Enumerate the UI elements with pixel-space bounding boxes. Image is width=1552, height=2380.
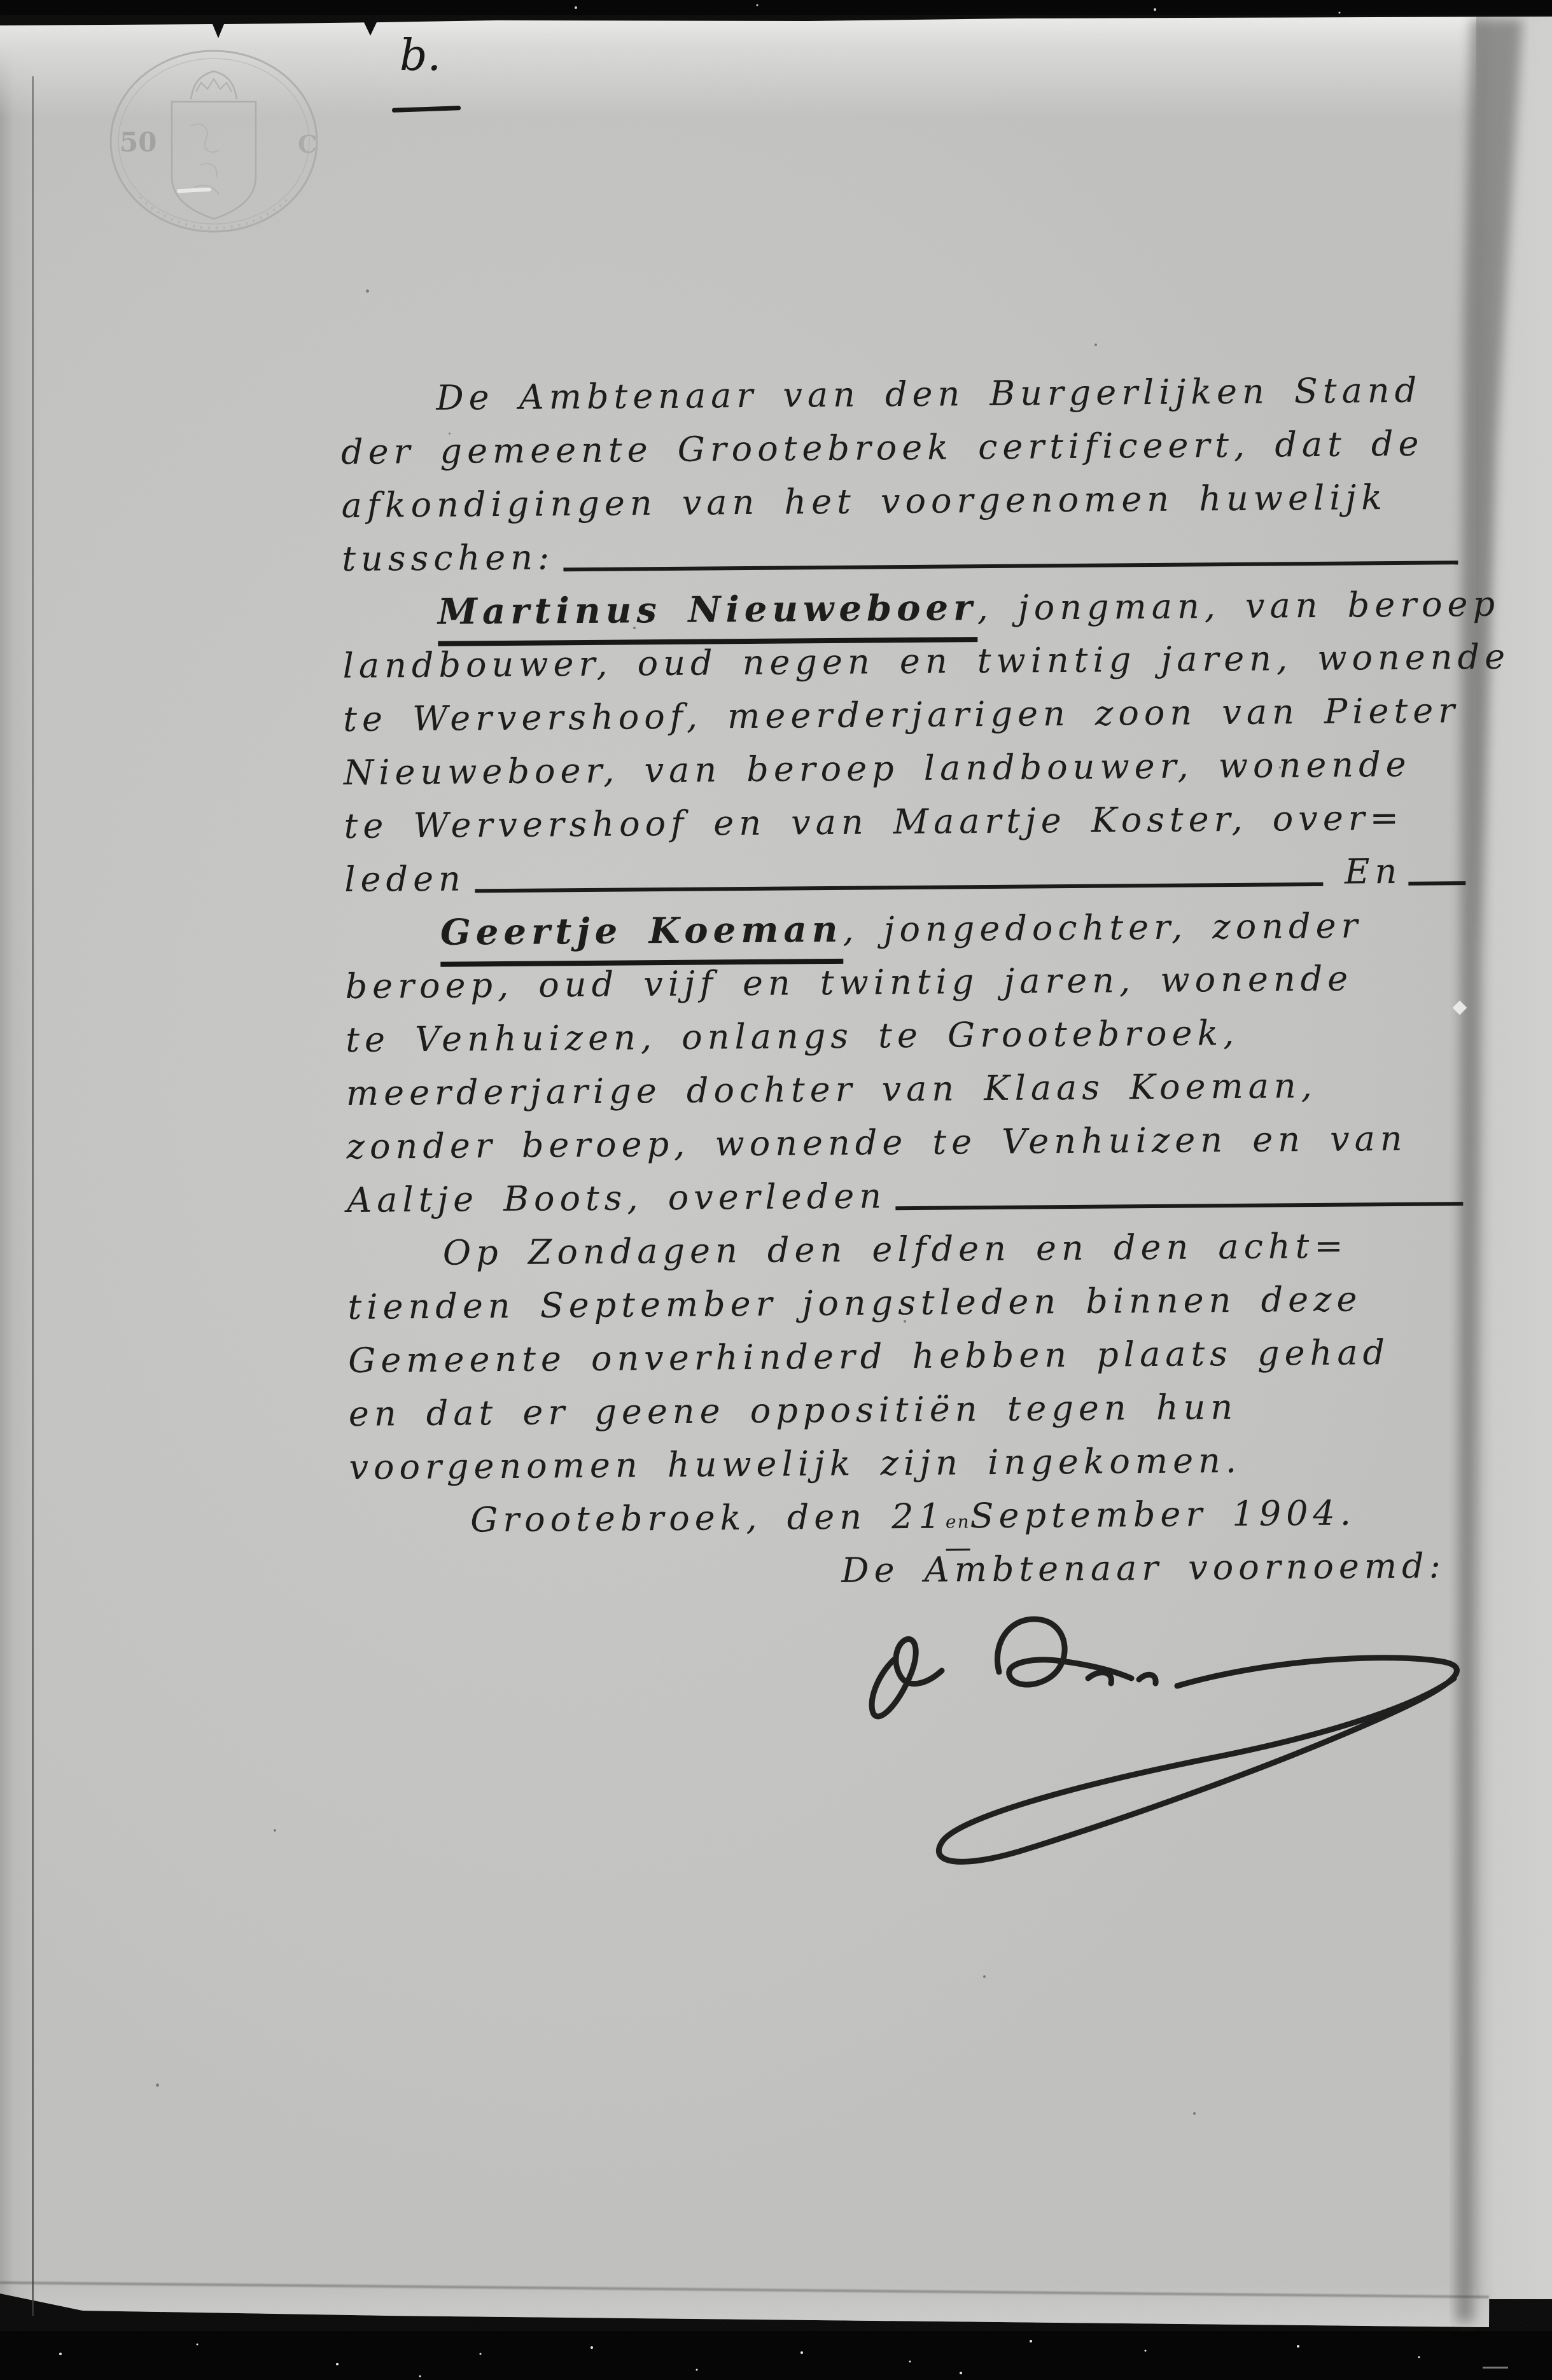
seal-unit: C <box>298 130 317 158</box>
text-line: tusschen: <box>342 524 1464 586</box>
text-line: Martinus Nieuweboer, jongman, van beroep <box>342 577 1464 639</box>
line-text: beroep, oud vijf en twintig jaren, wonen… <box>345 952 1353 1013</box>
line-text: Nieuweboer, van beroep landbouwer, wonen… <box>344 738 1411 800</box>
blank-rule <box>475 882 1323 893</box>
line-text: De Ambtenaar van den Burgerlijken Stand <box>436 364 1422 425</box>
text-line: Geertje Koeman, jongedochter, zonder <box>345 898 1467 960</box>
text-line: voorgenomen huwelijk zijn ingekomen. <box>349 1432 1471 1494</box>
line-text: Aaltje Boots, overleden <box>347 1169 886 1227</box>
text-line: te Wervershoof en van Maartje Koster, ov… <box>344 791 1465 853</box>
text-line: en dat er geene oppositiën tegen hun <box>349 1379 1471 1441</box>
line-text: , jongman, van beroep <box>977 578 1500 635</box>
blank-rule <box>895 1202 1463 1210</box>
paper-speck <box>366 289 369 293</box>
scanned-civil-certificate: { "page": { "annex_label": "b.", "seal":… <box>0 0 1552 2380</box>
paper-speck <box>983 1975 986 1978</box>
paper-speck <box>633 627 636 629</box>
line-text: der gemeente Grootebroek certificeert, d… <box>341 417 1424 479</box>
line-text: en dat er geene oppositiën tegen hun <box>349 1381 1238 1441</box>
blank-rule <box>1408 881 1465 886</box>
line-text: landbouwer, oud negen en twintig jaren, … <box>342 630 1510 693</box>
film-border-bottom <box>0 2278 1552 2380</box>
line-text: voorgenomen huwelijk zijn ingekomen. <box>349 1434 1241 1494</box>
text-line: beroep, oud vijf en twintig jaren, wonen… <box>345 951 1467 1013</box>
line-text: Op Zondagen den elfden en den acht= <box>443 1220 1348 1280</box>
line-text: te Wervershoof en van Maartje Koster, ov… <box>344 791 1404 853</box>
text-line: afkondigingen van het voorgenomen huweli… <box>341 470 1463 532</box>
text-line: Nieuweboer, van beroep landbouwer, wonen… <box>344 737 1465 800</box>
signoff-line: De Ambtenaar voornoemd: <box>350 1539 1472 1601</box>
text-line: te Venhuizen, onlangs te Grootebroek, <box>346 1005 1467 1067</box>
certificate-text: De Ambtenaar van den Burgerlijken Stand … <box>340 363 1471 1601</box>
text-line: Aaltje Boots, overleden <box>347 1165 1469 1227</box>
line-text: afkondigingen van het voorgenomen huweli… <box>341 471 1387 532</box>
text-line: tienden September jongstleden binnen dez… <box>347 1272 1469 1334</box>
text-line: te Wervershoof, meerderjarigen zoon van … <box>343 684 1465 746</box>
signoff-text: De Ambtenaar voornoemd: <box>841 1539 1446 1597</box>
text-line: zonder beroep, wonende te Venhuizen en v… <box>346 1111 1468 1174</box>
left-binding-line <box>32 76 34 2316</box>
line-text: Gemeente onverhinderd hebben plaats geha… <box>348 1326 1390 1388</box>
text-line: landbouwer, oud negen en twintig jaren, … <box>342 630 1464 693</box>
text-line: Op Zondagen den elfden en den acht= <box>347 1218 1469 1281</box>
paper-speck <box>1094 344 1097 346</box>
paper-speck <box>1279 767 1281 769</box>
text-line: Gemeente onverhinderd hebben plaats geha… <box>348 1325 1470 1388</box>
seal-denomination: 50 <box>120 127 157 158</box>
embossed-seal: 50 C <box>95 31 337 247</box>
date-line: Grootebroek, den 21en September 1904. <box>349 1486 1471 1548</box>
paper-speck <box>1193 2112 1196 2115</box>
line-text: tienden September jongstleden binnen dez… <box>347 1272 1362 1334</box>
conjunction-word: En <box>1345 845 1402 899</box>
date-rest: September 1904. <box>970 1487 1356 1543</box>
paper-speck <box>156 2084 159 2087</box>
paper-speck <box>904 1320 906 1323</box>
paper-speck <box>274 1829 276 1832</box>
line-text: , jongedochter, zonder <box>842 899 1363 956</box>
blank-rule <box>563 560 1458 571</box>
official-signature <box>732 1597 1495 1928</box>
film-border-top <box>0 0 1552 51</box>
line-text: leden <box>344 852 466 906</box>
line-text: tusschen: <box>342 531 555 586</box>
line-text: meerderjarige dochter van Klaas Koeman, <box>346 1059 1318 1120</box>
text-line: ledenEn <box>344 844 1466 907</box>
text-line: der gemeente Grootebroek certificeert, d… <box>341 417 1463 479</box>
line-text: zonder beroep, wonende te Venhuizen en v… <box>346 1112 1408 1174</box>
text-line: De Ambtenaar van den Burgerlijken Stand <box>340 363 1462 426</box>
text-line: meerderjarige dochter van Klaas Koeman, <box>346 1058 1468 1120</box>
line-text: te Venhuizen, onlangs te Grootebroek, <box>346 1006 1240 1067</box>
line-text: te Wervershoof, meerderjarigen zoon van … <box>343 684 1460 746</box>
paper-speck <box>449 433 451 435</box>
date-place: Grootebroek, den 21 <box>470 1490 946 1547</box>
